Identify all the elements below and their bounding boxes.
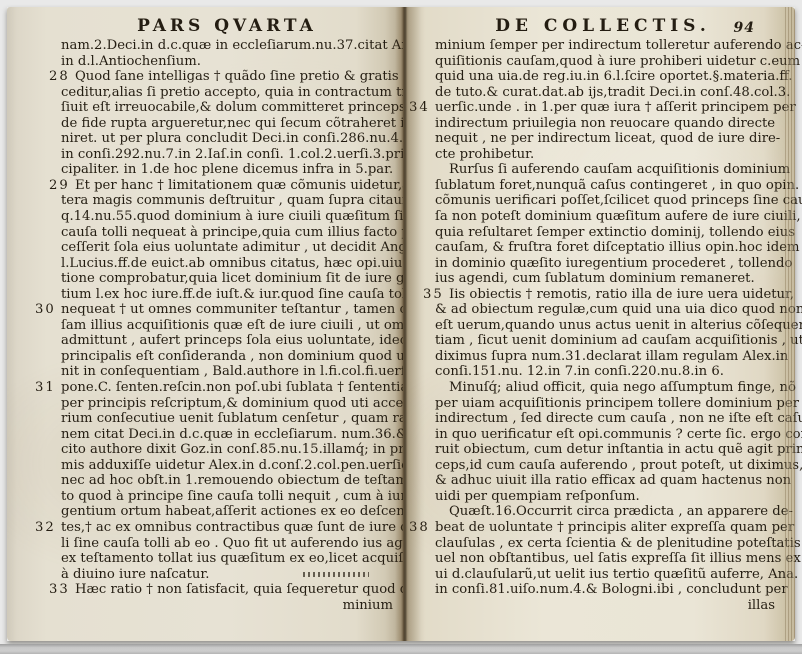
text-line: admittunt , aufert princeps ſola eius uo… xyxy=(61,333,393,349)
text-line: tium l.ex hoc iure.ff.de iuſt.& iur.quod… xyxy=(61,287,393,303)
text-line: principalis eſt conſideranda , non domin… xyxy=(61,349,393,365)
text-line: & ad obiectum regulæ,cum quid una uia di… xyxy=(435,302,775,318)
right-page: DE COLLECTIS. 94 minium ſemper per indir… xyxy=(403,7,795,641)
scan-bottom-shadow xyxy=(0,644,802,654)
text-line: uidi per quempiam reſponſum. xyxy=(435,489,775,505)
text-line: ex teſtamento tollat ius quæſitum ex eo,… xyxy=(61,551,393,567)
left-text-column: nam.2.Deci.in d.c.quæ in eccleſiarum.nu.… xyxy=(61,38,393,613)
paragraph-number: 33 xyxy=(35,582,59,598)
text-line: ſam illius acquiſitionis quæ eſt de iure… xyxy=(61,318,393,334)
text-line: cõmunis uerificari poſſet,ſcilicet quod … xyxy=(435,193,775,209)
text-line: ruit obiectum, cum detur inſtantia in ac… xyxy=(435,442,775,458)
text-line: quiſitionis cauſam,quod à iure prohiberi… xyxy=(435,54,775,70)
text-line: 28Quod ſane intelligas † quãdo ſine pret… xyxy=(61,69,393,85)
text-line: in quo uerificatur eſt opi.communis ? ce… xyxy=(435,427,775,443)
text-line: Minuſq́; aliud officit, quia nego aſſump… xyxy=(435,380,775,396)
running-title-right: DE COLLECTIS. xyxy=(433,16,773,36)
text-line: ceſſerit ſola eius uoluntate adimitur , … xyxy=(61,240,393,256)
text-line: niret. ut per plura concludit Deci.in co… xyxy=(61,131,393,147)
text-line: 29Et per hanc † limitationem quæ cõmunis… xyxy=(61,178,393,194)
open-book-spread: PARS QVARTA nam.2.Deci.in d.c.quæ in ecc… xyxy=(7,7,795,641)
text-line: per principis reſcriptum,& dominium quod… xyxy=(61,396,393,412)
text-line: per uiam acquiſitionis principem tollere… xyxy=(435,396,775,412)
text-line: cauſa tolli nequeat à principe,quia cum … xyxy=(61,225,393,241)
text-line: indirectum , ſed directe cum cauſa , non… xyxy=(435,411,775,427)
text-line: tiam , ſicut uenit dominium ad cauſam ac… xyxy=(435,333,775,349)
text-line: ſiuit eſt irreuocabile,& dolum committer… xyxy=(61,100,393,116)
text-line: 33Hæc ratio † non ſatisfacit, quia ſeque… xyxy=(61,582,393,598)
paragraph-number: 28 xyxy=(35,69,59,85)
book-scan-screenshot: PARS QVARTA nam.2.Deci.in d.c.quæ in ecc… xyxy=(0,0,802,654)
text-line: Quæſt.16.Occurrit circa prædicta , an ap… xyxy=(435,504,775,520)
ink-bleed-marks xyxy=(303,572,369,577)
text-line: conſi.151.nu. 12.in 7.in conſi.220.nu.8.… xyxy=(435,364,775,380)
catchword: illas xyxy=(435,598,775,614)
text-line: indirectum priuilegia non reuocare quand… xyxy=(435,116,775,132)
text-line: ceps,id cum cauſa auferendo , prout pote… xyxy=(435,458,775,474)
text-line: in dominio quæſito iuregentium procedere… xyxy=(435,256,775,272)
text-line: Rurſus ſi auferendo cauſam acquiſitionis… xyxy=(435,162,775,178)
text-line: 32tes,† ac ex omnibus contractibus quæ ſ… xyxy=(61,520,393,536)
text-line: ius agendi, cum ſublatum dominium remane… xyxy=(435,271,775,287)
text-line: quid una uia.de reg.iu.in 6.l.ſcire opor… xyxy=(435,69,775,85)
text-line: 30nequeat † ut omnes communiter teſtantu… xyxy=(61,302,393,318)
text-line: rium conſecutiue uenit ſublatum cenſetur… xyxy=(61,411,393,427)
text-line: clauſulas , ex certa ſcientia & de pleni… xyxy=(435,536,775,552)
text-line: gentium ortum habeat,aſſerit actiones ex… xyxy=(61,504,393,520)
text-line: 35Iis obiectis † remotis, ratio illa de … xyxy=(435,287,775,303)
text-line: q.14.nu.55.quod dominium à iure ciuili q… xyxy=(61,209,393,225)
text-line: cte prohibetur. xyxy=(435,147,775,163)
folio-number: 94 xyxy=(734,20,755,36)
paragraph-number: 35 xyxy=(409,287,433,303)
text-line: quia reſultaret ſemper extinctio dominij… xyxy=(435,225,775,241)
catchword: minium xyxy=(61,598,393,614)
text-line: in conſi.81.uiſo.num.4.& Bologni.ibi , c… xyxy=(435,582,775,598)
paragraph-number: 31 xyxy=(35,380,59,396)
running-title-left: PARS QVARTA xyxy=(59,16,395,36)
text-line: l.Lucius.ff.de euict.ab omnibus citatus,… xyxy=(61,256,393,272)
text-line: ſublatum foret,nunquã caſus contingeret … xyxy=(435,178,775,194)
paragraph-number: 34 xyxy=(409,100,433,116)
text-line: eſt uerum,quando unus actus uenit in alt… xyxy=(435,318,775,334)
text-line: 38beat de uoluntate † principis aliter e… xyxy=(435,520,775,536)
text-line: in conſi.292.nu.7.in 2.Iaſ.in conſi. 1.c… xyxy=(61,147,393,163)
text-line: cipaliter. in 1.de hoc plene dicemus inf… xyxy=(61,162,393,178)
text-line: li ſine cauſa tolli ab eo . Quo fit ut a… xyxy=(61,536,393,552)
text-line: diximus ſupra num.31.declarat illam regu… xyxy=(435,349,775,365)
text-line: ſa non poteſt dominium quæſitum aufere d… xyxy=(435,209,775,225)
text-line: tione comprobatur,quia licet dominium ſi… xyxy=(61,271,393,287)
text-line: ui d.clauſularũ,ut uelit ius tertio quæſ… xyxy=(435,567,775,583)
text-line: nam.2.Deci.in d.c.quæ in eccleſiarum.nu.… xyxy=(61,38,393,54)
text-line: nit in conſequentiam , Bald.authore in l… xyxy=(61,364,393,380)
text-line: 31pone.C. ſenten.reſcin.non poſ.ubi ſubl… xyxy=(61,380,393,396)
paragraph-number: 38 xyxy=(409,520,433,536)
paragraph-number: 32 xyxy=(35,520,59,536)
text-line: cito authore dixit Goz.in conſ.85.nu.15.… xyxy=(61,442,393,458)
text-line: cauſam, & fruſtra foret diſceptatio illi… xyxy=(435,240,775,256)
text-line: nequit , ne per indirectum liceat, quod … xyxy=(435,131,775,147)
text-line: uel non obſtantibus, uel ſatis expreſſa … xyxy=(435,551,775,567)
text-line: mis adduxiſſe uidetur Alex.in d.conſ.2.c… xyxy=(61,458,393,474)
paragraph-number: 29 xyxy=(35,178,59,194)
text-line: 34uerſic.unde . in 1.per quæ iura † aſſe… xyxy=(435,100,775,116)
text-line: to quod à principe ſine cauſa tolli nequ… xyxy=(61,489,393,505)
right-text-column: minium ſemper per indirectum tolleretur … xyxy=(435,38,775,613)
text-line: nec ad hoc obſt.in 1.remouendo obiectum … xyxy=(61,473,393,489)
left-page: PARS QVARTA nam.2.Deci.in d.c.quæ in ecc… xyxy=(7,7,403,641)
text-line: nem citat Deci.in d.c.quæ in eccleſiarum… xyxy=(61,427,393,443)
text-line: ceditur,alias ſi pretio accepto, quia in… xyxy=(61,85,393,101)
paragraph-number: 30 xyxy=(35,302,59,318)
text-line: minium ſemper per indirectum tolleretur … xyxy=(435,38,775,54)
text-line: de tuto.& curat.dat.ab ijs,tradit Deci.i… xyxy=(435,85,775,101)
text-line: in d.l.Antiochenſium. xyxy=(61,54,393,70)
text-line: & adhuc uiuit illa ratio efficax ad quam… xyxy=(435,473,775,489)
text-line: tera magis communis deſtruitur , quam ſu… xyxy=(61,193,393,209)
text-line: de fide rupta argueretur,nec qui ſecum c… xyxy=(61,116,393,132)
